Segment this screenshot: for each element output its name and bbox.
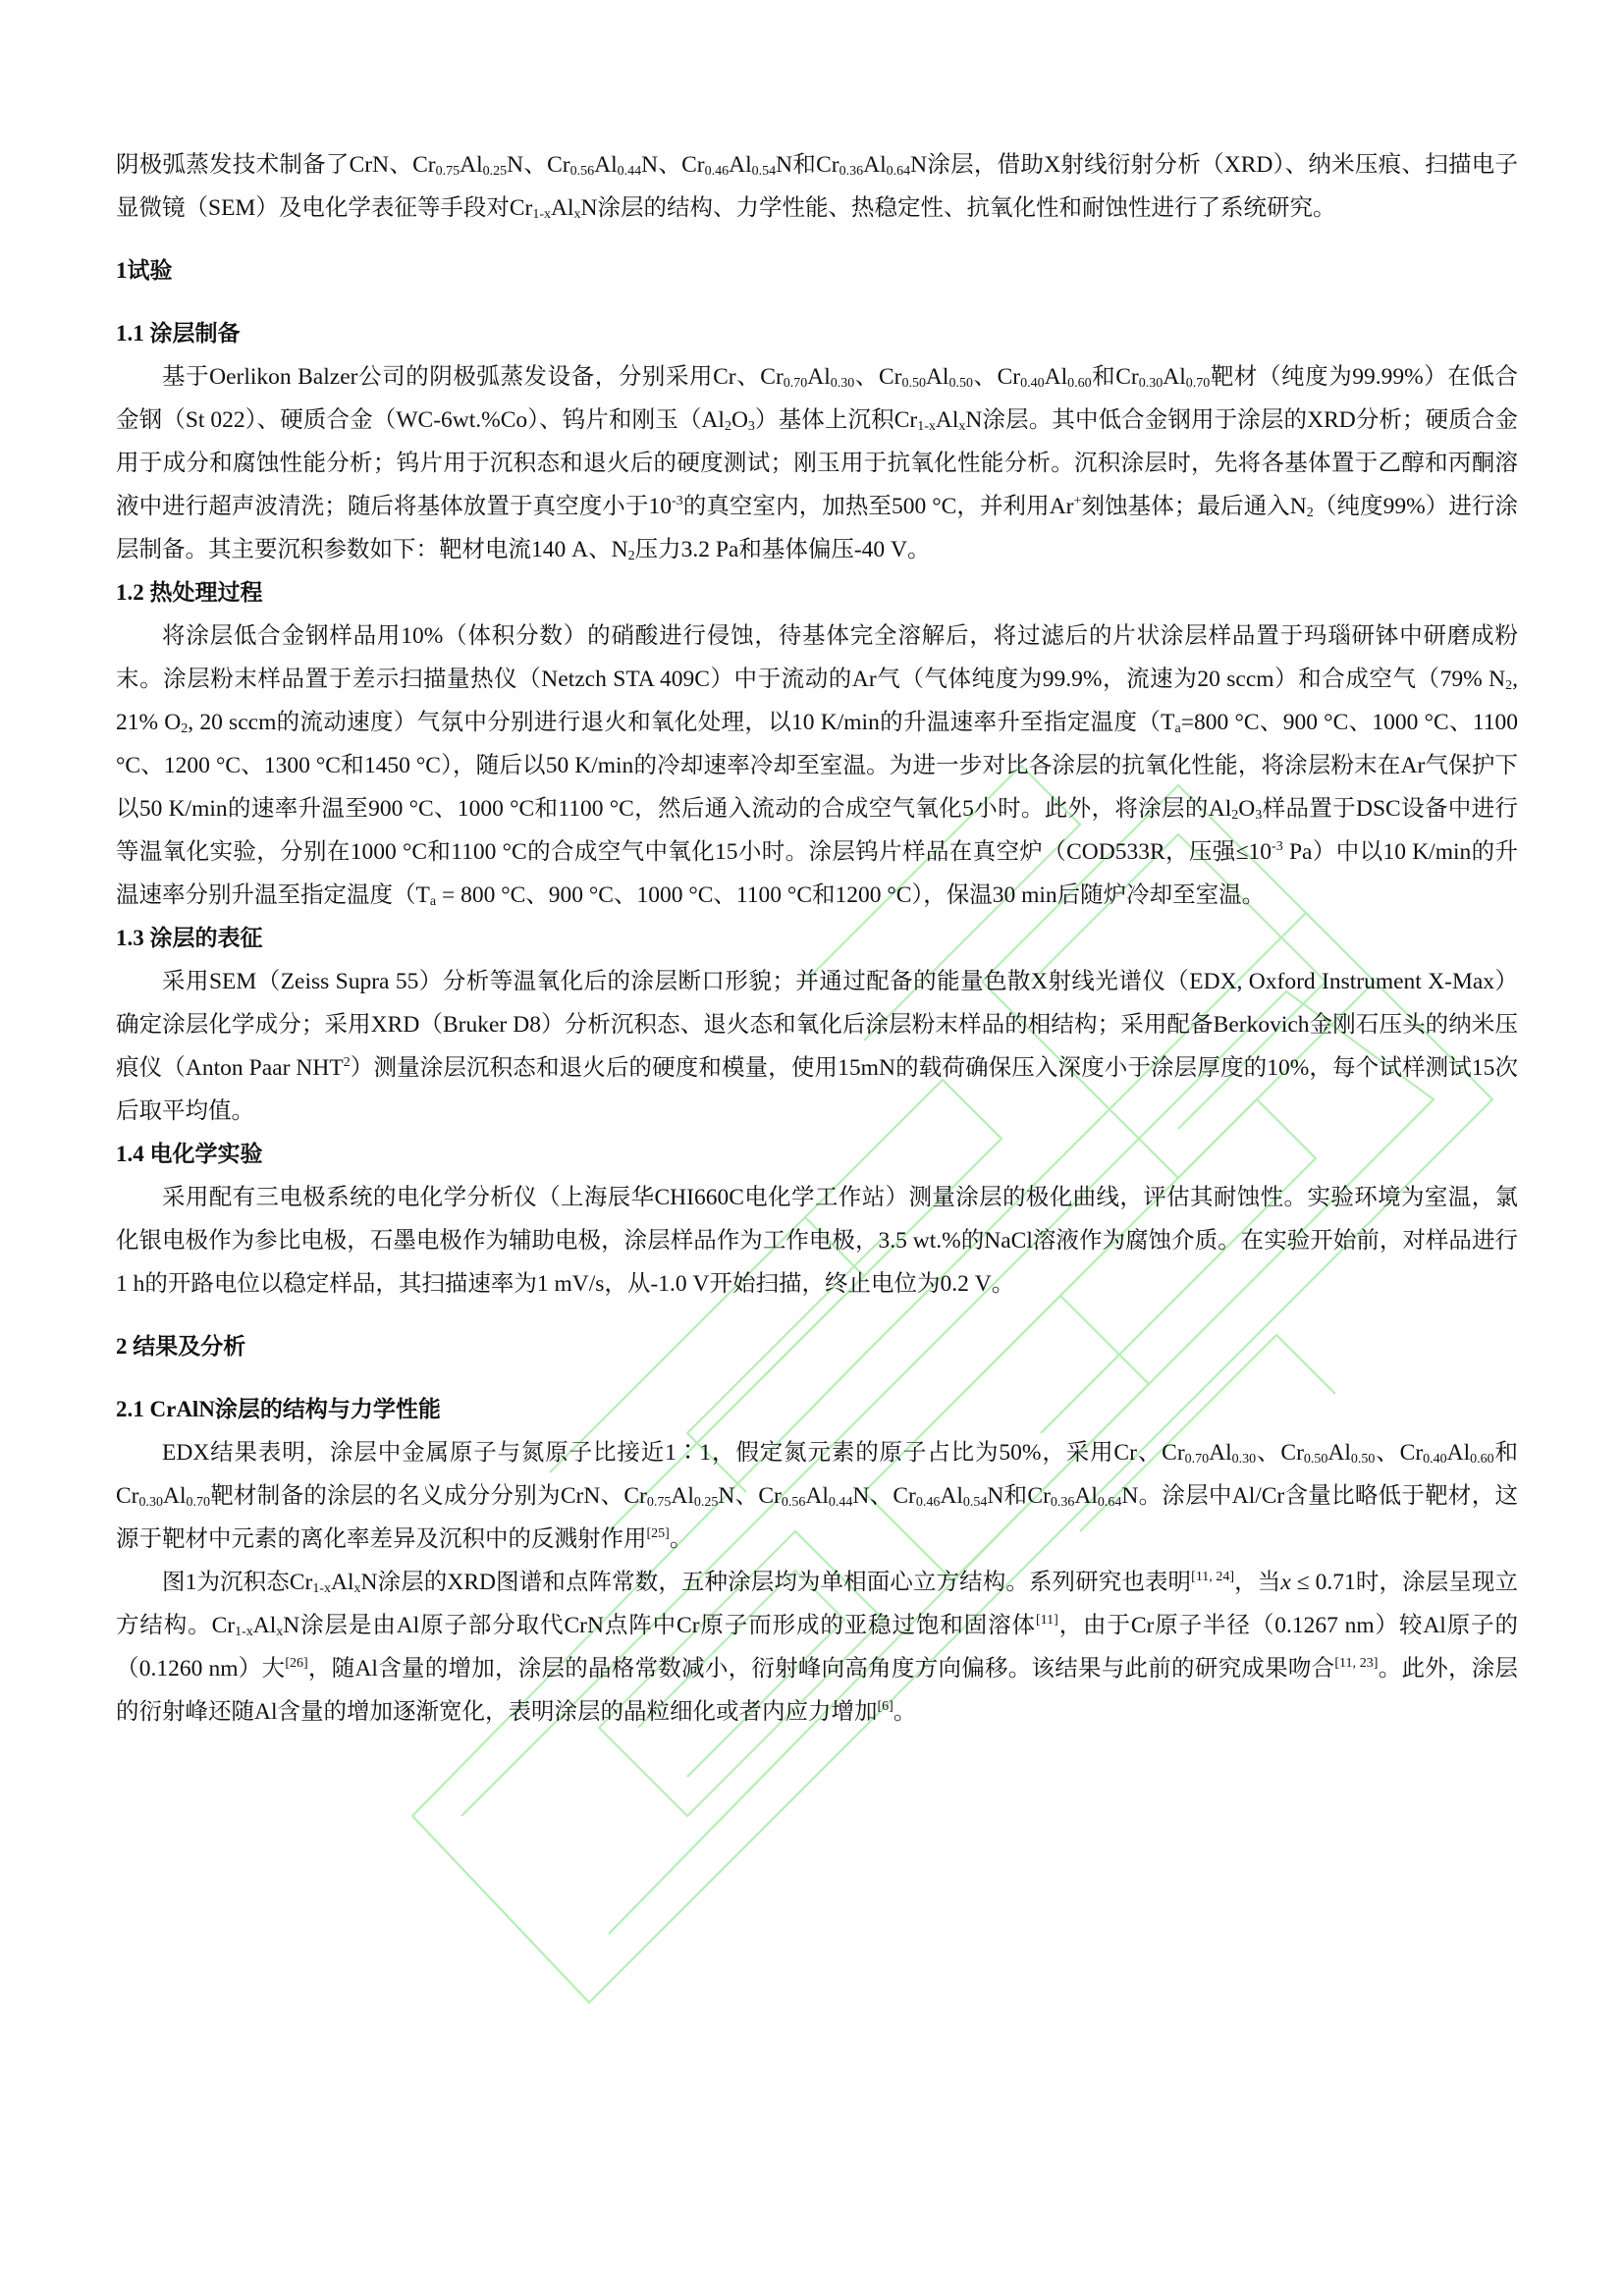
paragraph-edx-results: EDX结果表明，涂层中金属原子与氮原子比接近1∶1，假定氮元素的原子占比为50%… <box>116 1431 1518 1561</box>
paragraph-characterization: 采用SEM（Zeiss Supra 55）分析等温氧化后的涂层断口形貌；并通过配… <box>116 960 1518 1133</box>
section-heading-1: 1试验 <box>116 249 1518 293</box>
subsection-heading-1-1: 1.1 涂层制备 <box>116 312 1518 355</box>
subsection-heading-1-4: 1.4 电化学实验 <box>116 1133 1518 1176</box>
subsection-heading-1-3: 1.3 涂层的表征 <box>116 917 1518 960</box>
paragraph-heat-treatment: 将涂层低合金钢样品用10%（体积分数）的硝酸进行侵蚀，待基体完全溶解后，将过滤后… <box>116 614 1518 917</box>
intro-paragraph: 阴极弧蒸发技术制备了CrN、Cr0.75Al0.25N、Cr0.56Al0.44… <box>116 143 1518 230</box>
document-page: 阴极弧蒸发技术制备了CrN、Cr0.75Al0.25N、Cr0.56Al0.44… <box>116 143 1518 1734</box>
section-heading-2: 2 结果及分析 <box>116 1325 1518 1368</box>
paragraph-coating-preparation: 基于Oerlikon Balzer公司的阴极弧蒸发设备，分别采用Cr、Cr0.7… <box>116 355 1518 571</box>
subsection-heading-2-1: 2.1 CrAlN涂层的结构与力学性能 <box>116 1388 1518 1431</box>
subsection-heading-1-2: 1.2 热处理过程 <box>116 571 1518 614</box>
paragraph-xrd-results: 图1为沉积态Cr1-xAlxN涂层的XRD图谱和点阵常数，五种涂层均为单相面心立… <box>116 1561 1518 1734</box>
paragraph-electrochemical: 采用配有三电极系统的电化学分析仪（上海辰华CHI660C电化学工作站）测量涂层的… <box>116 1176 1518 1306</box>
